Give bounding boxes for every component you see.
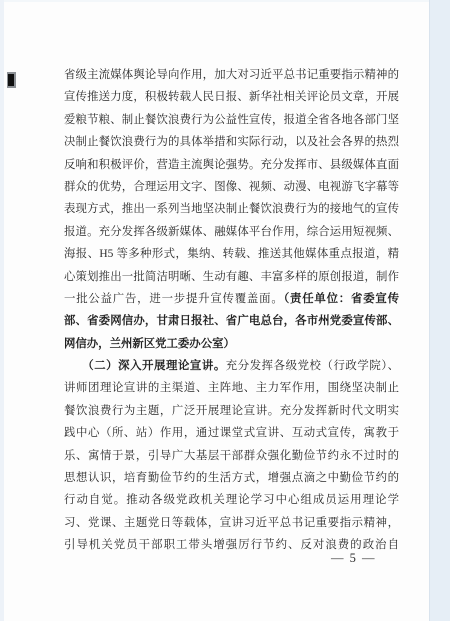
text-line: 习、党课、主题党日等载体，宣讲习近平总书记重要指示精神， (64, 512, 399, 534)
text-segment: 群众的优势，合理运用文字、图像、视频、动漫、电视游飞字幕等 (64, 181, 399, 193)
text-line: 决制止餐饮浪费行为的具体举措和实际行动，以及社会各界的热烈 (64, 131, 399, 153)
text-segment: 省级主流媒体舆论导向作用，加大对习近平总书记重要指示精神的 (64, 69, 399, 81)
text-segment: 爱粮节粮、制止餐饮浪费行为公益性宣传，报道全省各地各部门坚 (64, 114, 399, 126)
bold-text-segment: （二）深入开展理论宣讲。 (88, 360, 226, 372)
text-segment: 践中心（所、站）作用，通过课堂式宣讲、互动式宣传，寓教于 (64, 427, 399, 439)
text-line: 报道。充分发挥各级新媒体、融媒体平台作用，综合运用短视频、 (64, 221, 399, 243)
text-segment: 乐、寓情于景，引导广大基层干部群众强化勤俭节约永不过时的 (64, 450, 399, 462)
text-line: 表现方式，推出一系列当地坚决制止餐饮浪费行为的接地气的宣传 (64, 198, 399, 220)
text-segment: 思想认识，培育勤俭节约的生活方式，增强点滴之中勤俭节约的 (64, 472, 399, 484)
text-line: 餐饮浪费行为主题，广泛开展理论宣讲。充分发挥新时代文明实 (64, 400, 399, 422)
text-line: 思想认识，培育勤俭节约的生活方式，增强点滴之中勤俭节约的 (64, 467, 399, 489)
text-line: 乐、寓情于景，引导广大基层干部群众强化勤俭节约永不过时的 (64, 445, 399, 467)
text-segment: 习、党课、主题党日等载体，宣讲习近平总书记重要指示精神， (64, 517, 399, 529)
text-line: 宣传推送力度，积极转载人民日报、新华社相关评论员文章，开展 (64, 86, 399, 108)
page-left-edge (0, 0, 4, 621)
scanned-document-page: 省级主流媒体舆论导向作用，加大对习近平总书记重要指示精神的宣传推送力度，积极转载… (0, 0, 450, 621)
page-number: — 5 — (331, 551, 376, 566)
text-segment: 表现方式，推出一系列当地坚决制止餐饮浪费行为的接地气的宣传 (64, 203, 399, 215)
text-line: 网信办，兰州新区党工委办公室） (64, 333, 399, 355)
text-line: 省级主流媒体舆论导向作用，加大对习近平总书记重要指示精神的 (64, 64, 399, 86)
text-line: 讲师团理论宣讲的主渠道、主阵地、主力军作用，围绕坚决制止 (64, 377, 399, 399)
scan-artifact-mark-core (8, 74, 14, 86)
text-segment: 一批公益广告，进一步提升宣传覆盖面。 (64, 293, 284, 305)
text-segment: 反响和积极评价，营造主流舆论强势。充分发挥市、县级媒体直面 (64, 159, 399, 171)
text-line: 践中心（所、站）作用，通过课堂式宣讲、互动式宣传，寓教于 (64, 422, 399, 444)
text-segment: 引导机关党员干部职工带头增强厉行节约、反对浪费的政治自 (64, 539, 399, 551)
bold-text-segment: （责任单位：省委宣传 (284, 293, 399, 305)
page-right-edge (429, 0, 450, 621)
text-line: 海报、H5 等多种形式，集纳、转载、推送其他媒体重点报道，精 (64, 243, 399, 265)
text-line: 群众的优势，合理运用文字、图像、视频、动漫、电视游飞字幕等 (64, 176, 399, 198)
text-line: 行动自觉。推动各级党政机关理论学习中心组成员运用理论学 (64, 489, 399, 511)
text-line: 一批公益广告，进一步提升宣传覆盖面。（责任单位：省委宣传 (64, 288, 399, 310)
text-segment: 决制止餐饮浪费行为的具体举措和实际行动，以及社会各界的热烈 (64, 136, 399, 148)
text-segment: 行动自觉。推动各级党政机关理论学习中心组成员运用理论学 (64, 494, 399, 506)
text-line: 反响和积极评价，营造主流舆论强势。充分发挥市、县级媒体直面 (64, 154, 399, 176)
text-line: 部、省委网信办，甘肃日报社、省广电总台，各市州党委宣传部、 (64, 310, 399, 332)
text-segment: 讲师团理论宣讲的主渠道、主阵地、主力军作用，围绕坚决制止 (64, 382, 399, 394)
bold-text-segment: 部、省委网信办，甘肃日报社、省广电总台，各市州党委宣传部、 (64, 315, 399, 327)
text-segment: 心策划推出一批简洁明晰、生动有趣、丰富多样的原创报道，制作 (64, 271, 399, 283)
text-segment (64, 360, 88, 372)
bold-text-segment: 网信办，兰州新区党工委办公室） (64, 338, 235, 350)
text-segment: 充分发挥各级党校（行政学院）、 (226, 360, 399, 372)
text-line: （二）深入开展理论宣讲。充分发挥各级党校（行政学院）、 (64, 355, 399, 377)
page-top-edge (0, 0, 450, 2)
text-segment: 餐饮浪费行为主题，广泛开展理论宣讲。充分发挥新时代文明实 (64, 405, 399, 417)
text-segment: 宣传推送力度，积极转载人民日报、新华社相关评论员文章，开展 (64, 91, 399, 103)
text-segment: 海报、H5 等多种形式，集纳、转载、推送其他媒体重点报道，精 (64, 248, 399, 260)
scan-artifact-mark (7, 72, 16, 88)
document-text: 省级主流媒体舆论导向作用，加大对习近平总书记重要指示精神的宣传推送力度，积极转载… (64, 64, 399, 557)
text-segment: 报道。充分发挥各级新媒体、融媒体平台作用，综合运用短视频、 (64, 226, 399, 238)
text-line: 心策划推出一批简洁明晰、生动有趣、丰富多样的原创报道，制作 (64, 266, 399, 288)
text-line: 爱粮节粮、制止餐饮浪费行为公益性宣传，报道全省各地各部门坚 (64, 109, 399, 131)
